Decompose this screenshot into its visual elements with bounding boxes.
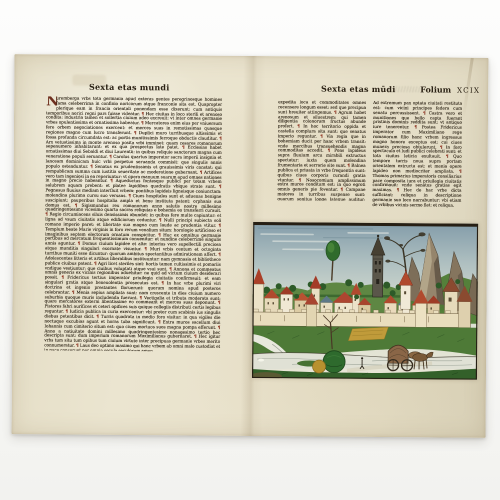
- folio-numeral: XCIX: [457, 85, 480, 95]
- woodcut-initial-letter: N: [46, 96, 56, 107]
- photo-background: Sexta etas mundi Nuremberga vrbs tota ge…: [0, 0, 500, 500]
- yellow-bush: [313, 360, 326, 373]
- left-page-text-column: Nuremberga vrbs tota germania apud exter…: [44, 96, 222, 351]
- left-page-header: Sexta etas mundi: [49, 81, 209, 93]
- city-view-woodcut: [252, 222, 478, 380]
- folio-number: Folium XCIX: [420, 84, 480, 94]
- right-page-column-1: expedita loca et commoditates omnes rece…: [277, 100, 366, 201]
- left-page-body-text: uremberga vrbs tota germania apud extera…: [44, 96, 222, 351]
- pencil-inscription: [394, 86, 420, 92]
- woodcut-svg: [252, 222, 478, 380]
- right-page-column-2: Ad extremum pax optata ciuitati restitut…: [372, 101, 462, 210]
- folio-label: Folium: [420, 84, 451, 94]
- chronicle-leaf: Sexta etas mundi Nuremberga vrbs tota ge…: [12, 54, 489, 438]
